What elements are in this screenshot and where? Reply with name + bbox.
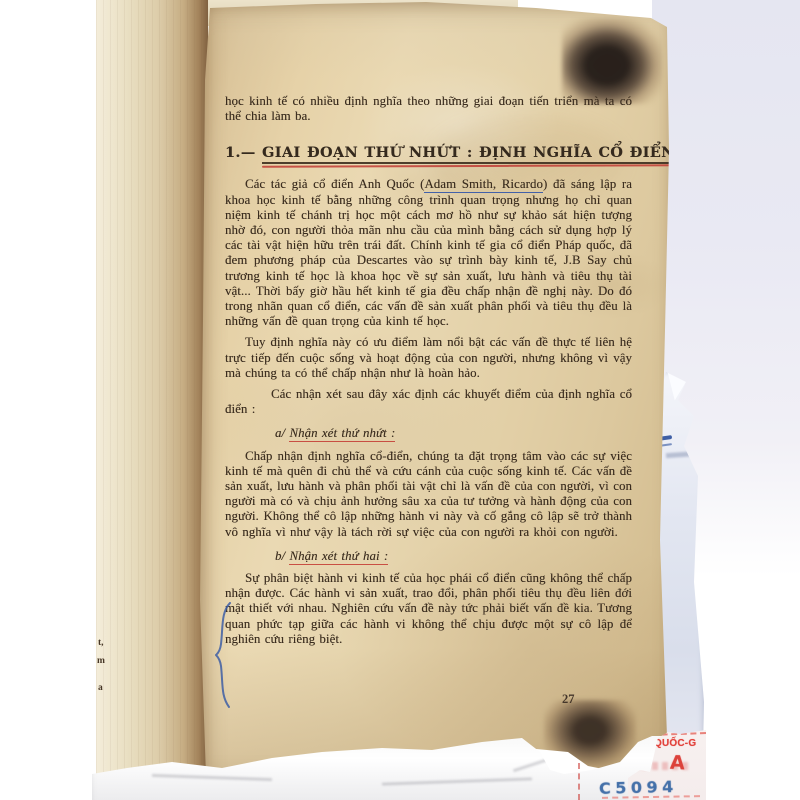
stamp-title: QUỐC-G bbox=[654, 738, 696, 749]
stamp-grade: A bbox=[669, 752, 685, 775]
section-heading: 1.— GIAI ĐOẠN THỨ NHỨT : ĐỊNH NGHĨA CỔ Đ… bbox=[225, 144, 632, 162]
note-a-label: a/ bbox=[275, 426, 285, 440]
facing-pages-edge: t, m a r bbox=[96, 0, 208, 800]
underlined-author-names: Adam Smith, Ricardo bbox=[424, 177, 543, 193]
note-b-heading: b/ Nhận xét thứ hai : bbox=[275, 549, 632, 564]
paragraph-remarks-intro: Các nhận xét sau đây xác định các khuyết… bbox=[225, 387, 632, 417]
note-a-title-underlined: Nhận xét thứ nhứt : bbox=[289, 426, 395, 442]
page-edge-fragment: m bbox=[97, 656, 105, 666]
red-dashed-line bbox=[578, 763, 580, 800]
paragraph-note-a: Chấp nhận định nghĩa cổ-điển, chúng ta đ… bbox=[225, 449, 632, 540]
page-number: 27 bbox=[562, 692, 575, 707]
note-a-heading: a/ Nhận xét thứ nhứt : bbox=[275, 426, 632, 441]
section-number: 1.— bbox=[225, 144, 256, 161]
section-title-underlined: GIAI ĐOẠN THỨ NHỨT : ĐỊNH NGHĨA CỔ ĐIỂN bbox=[262, 144, 675, 164]
paragraph-definition-merits: Tuy định nghĩa này có ưu điểm làm nổi bậ… bbox=[225, 335, 632, 381]
page-content: học kinh tế có nhiều định nghĩa theo nhữ… bbox=[225, 94, 632, 647]
paragraph-classical-authors: Các tác giả cổ điển Anh Quốc (Adam Smith… bbox=[225, 177, 632, 329]
ink-stain-bottom bbox=[544, 700, 636, 768]
book-photo: t, m a r học kinh tế có nhiều định nghĩa… bbox=[0, 0, 800, 800]
page-edge-fragment: a bbox=[98, 683, 103, 693]
paper-crease bbox=[513, 751, 571, 772]
burn-stain-top bbox=[562, 18, 662, 104]
main-page: học kinh tế có nhiều định nghĩa theo nhữ… bbox=[196, 0, 676, 790]
page-edge-fragment: t, bbox=[98, 638, 104, 648]
margin-brace-mark bbox=[215, 602, 231, 708]
paragraph-note-b: Sự phân biệt hành vi kinh tế của học phá… bbox=[225, 571, 632, 647]
paper-crease bbox=[152, 774, 272, 781]
paper-crease bbox=[382, 777, 532, 785]
note-b-label: b/ bbox=[275, 549, 285, 563]
note-b-title-underlined: Nhận xét thứ hai : bbox=[289, 549, 388, 565]
intro-paragraph: học kinh tế có nhiều định nghĩa theo nhữ… bbox=[225, 94, 632, 124]
